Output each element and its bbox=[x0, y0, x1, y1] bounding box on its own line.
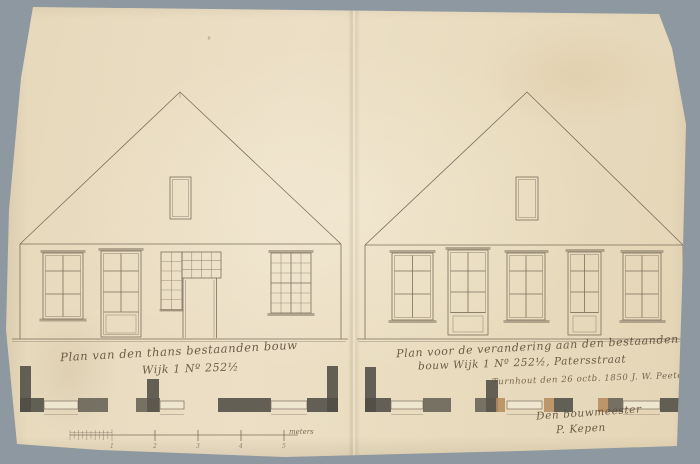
new-masonry bbox=[680, 398, 692, 412]
scale-tick-label: 2 bbox=[152, 443, 157, 450]
pencil-mark bbox=[208, 36, 211, 40]
scale-tick-label: 5 bbox=[282, 443, 286, 450]
paper-sheet: 1 2 3 4 5 meters bbox=[0, 0, 700, 464]
scanned-archival-drawing: 1 2 3 4 5 meters bbox=[0, 0, 700, 464]
scale-bar: 1 2 3 4 5 meters bbox=[70, 428, 314, 450]
right-window-1 bbox=[389, 250, 437, 323]
left-roof-outline bbox=[20, 92, 341, 244]
new-masonry bbox=[496, 398, 505, 412]
left-elevation bbox=[12, 92, 348, 342]
left-shopfront bbox=[160, 252, 222, 338]
plan-window-opening bbox=[507, 401, 542, 409]
scale-tick-label: 1 bbox=[110, 443, 114, 450]
scale-tick-label: 4 bbox=[238, 443, 243, 450]
plan-window-opening bbox=[391, 401, 423, 409]
scale-unit-label: meters bbox=[289, 428, 314, 436]
plan-window-opening bbox=[160, 401, 184, 409]
right-elevation bbox=[357, 92, 692, 342]
drawing-linework: 1 2 3 4 5 meters bbox=[0, 0, 700, 464]
right-door-1 bbox=[446, 247, 491, 335]
right-door-2 bbox=[566, 249, 605, 335]
right-attic-window bbox=[516, 177, 538, 220]
left-window-2 bbox=[268, 250, 315, 316]
plan-window-opening bbox=[44, 401, 78, 409]
right-window-3 bbox=[620, 250, 666, 323]
left-window-1 bbox=[40, 250, 87, 322]
right-roof-outline bbox=[365, 92, 683, 245]
scale-tick-label: 3 bbox=[196, 443, 200, 450]
left-door bbox=[99, 248, 144, 337]
wall-stub bbox=[327, 366, 338, 412]
plan-window-opening bbox=[271, 401, 307, 409]
left-attic-window bbox=[170, 177, 191, 219]
new-masonry-stub bbox=[682, 368, 692, 412]
right-window-2 bbox=[504, 250, 550, 323]
